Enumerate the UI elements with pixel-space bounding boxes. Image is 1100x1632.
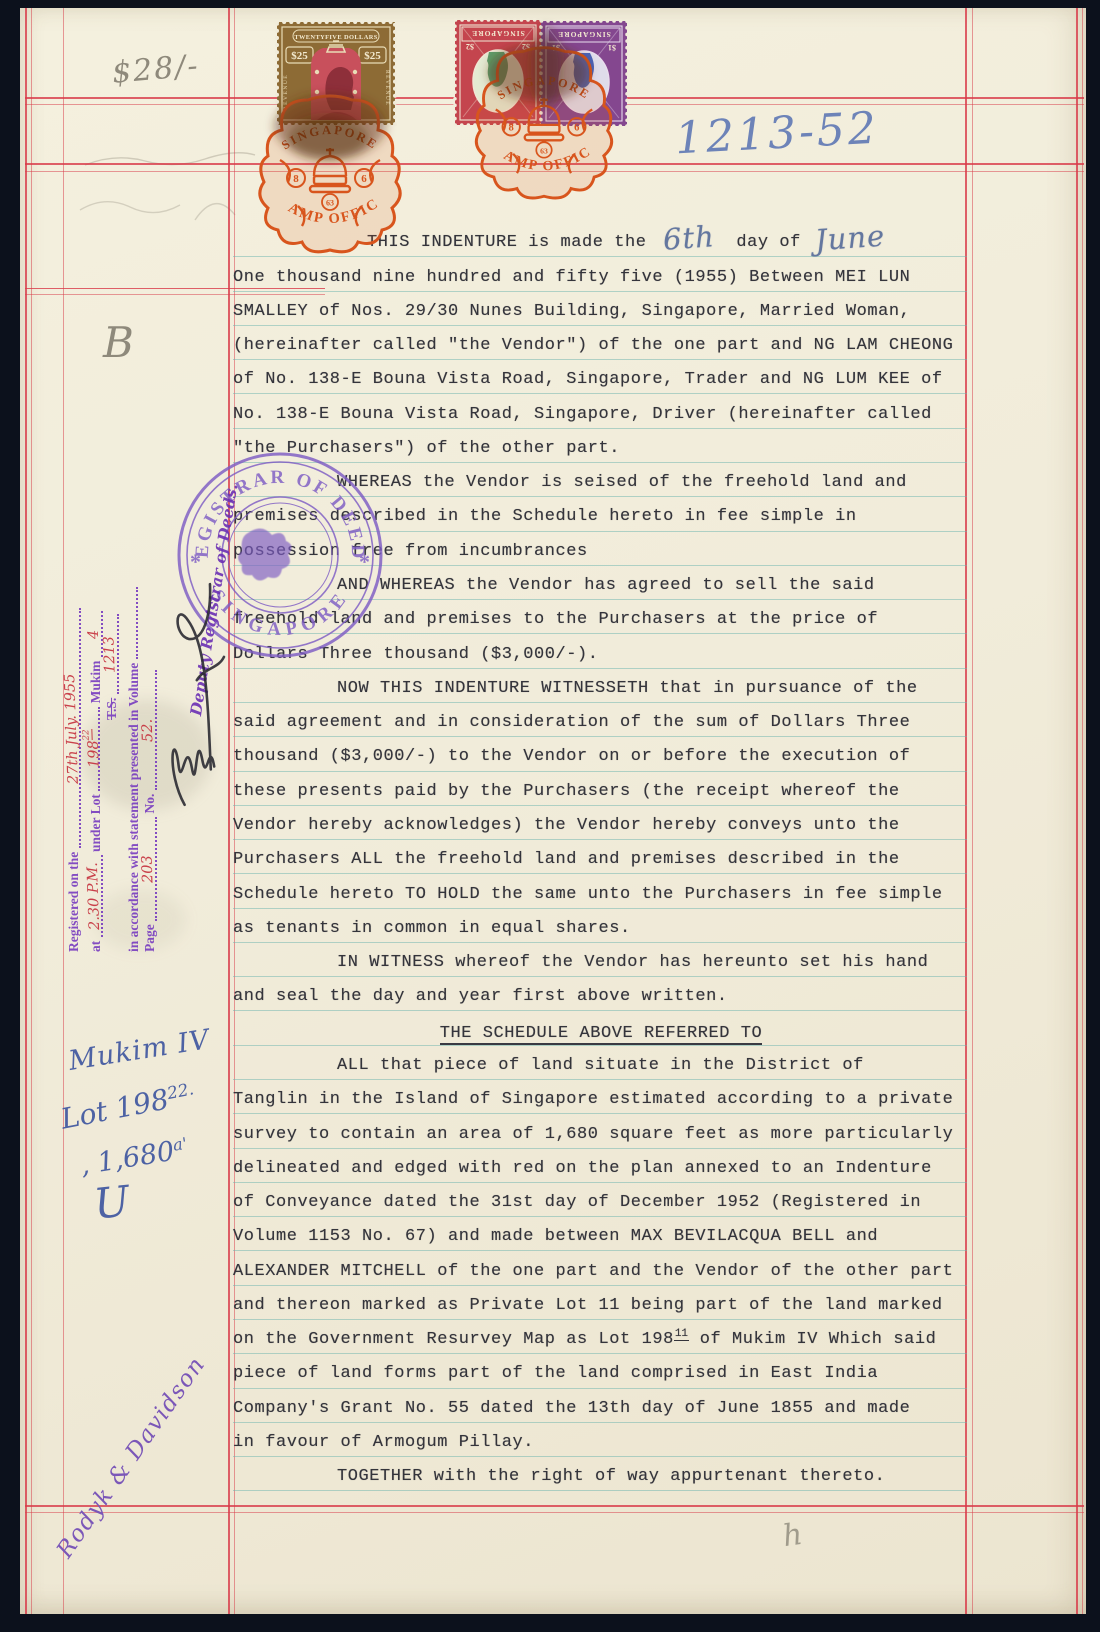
- land-note-flourish: U: [92, 1176, 132, 1228]
- typed-line: ALEXANDER MITCHELL of the one part and t…: [233, 1250, 969, 1284]
- typed-line: Tanglin in the Island of Singapore estim…: [233, 1079, 969, 1113]
- typed-line: Vendor hereby acknowledges) the Vendor h…: [233, 805, 969, 839]
- ruled-line-blue: [233, 1490, 967, 1491]
- typed-line: in favour of Armogum Pillay.: [233, 1422, 969, 1456]
- registration-ts-fill: 1213: [102, 636, 118, 673]
- ruled-line-red: [972, 8, 973, 1614]
- ruled-line-red: [31, 8, 32, 1614]
- stamp-office-cancel-right: SINGAPORE STAMP OFFICE 8 6 63: [474, 40, 614, 204]
- registration-line-3: T.S. 1213: [104, 540, 123, 952]
- seal-ink-blob: [238, 528, 292, 580]
- stamp-value-left: $25: [291, 50, 308, 62]
- handwritten-insert: 6th: [662, 223, 716, 256]
- typed-line: Volume 1153 No. 67) and made between MAX…: [233, 1216, 969, 1250]
- typed-line: THE SCHEDULE ABOVE REFERRED TO: [233, 1010, 969, 1044]
- typed-line: ALL that piece of land situate in the Di…: [233, 1045, 969, 1079]
- stamp-value-right: $25: [364, 50, 381, 62]
- cancel-left-digit: 8: [509, 123, 514, 134]
- cancel-small-digit: 63: [540, 146, 548, 155]
- typed-line: these presents paid by the Purchasers (t…: [233, 771, 969, 805]
- typed-line: survey to contain an area of 1,680 squar…: [233, 1113, 969, 1147]
- typed-line: and seal the day and year first above wr…: [233, 976, 969, 1010]
- handwritten-insert: June: [814, 222, 886, 256]
- typed-line: SMALLEY of Nos. 29/30 Nunes Building, Si…: [233, 291, 969, 325]
- typed-line: One thousand nine hundred and fifty five…: [233, 256, 969, 290]
- typed-line: and thereon marked as Private Lot 11 bei…: [233, 1285, 969, 1319]
- typed-line: No. 138-E Bouna Vista Road, Singapore, D…: [233, 393, 969, 427]
- ruled-line-red: [25, 1505, 1084, 1507]
- stamp-country: SINGAPORE: [471, 29, 525, 38]
- typed-line: Purchasers ALL the freehold land and pre…: [233, 839, 969, 873]
- ruled-line-red: [1082, 8, 1083, 1614]
- registration-date-fill: 27th July. 1955: [63, 673, 81, 784]
- registration-line-5: Page 203 No. 52.: [142, 540, 161, 952]
- typed-line: on the Government Resurvey Map as Lot 19…: [233, 1319, 969, 1353]
- registration-lot-fill: 19822: [82, 729, 102, 768]
- ruled-line-red: [1076, 8, 1078, 1614]
- typed-line: IN WITNESS whereof the Vendor has hereun…: [233, 942, 969, 976]
- typed-line: of No. 138-E Bouna Vista Road, Singapore…: [233, 359, 969, 393]
- ruled-line-red: [25, 1512, 1084, 1513]
- ruled-line-red: [25, 8, 27, 1614]
- cancel-right-digit: 6: [574, 123, 579, 134]
- typed-line: TOGETHER with the right of way appurtena…: [233, 1456, 969, 1490]
- registration-line-2: at 2.30 P.M. under Lot 19822 Mukim 4: [85, 540, 104, 952]
- ruled-line-red: [228, 8, 230, 1614]
- registration-details-stamp: Registered on the 27th July. 1955 at 2.3…: [66, 540, 162, 952]
- stamp-country: SINGAPORE: [557, 30, 611, 39]
- typed-line: of Conveyance dated the 31st day of Dece…: [233, 1182, 969, 1216]
- stamp-banner-text: TWENTYFIVE DOLLARS: [294, 34, 377, 41]
- typed-line: piece of land forms part of the land com…: [233, 1353, 969, 1387]
- seal-star-right: *: [359, 549, 370, 574]
- pencil-letter-annotation: B: [103, 318, 134, 367]
- cancel-small-digit: 63: [326, 199, 334, 208]
- stamp-value-right: $2: [466, 42, 474, 51]
- scanned-deed-page: THIS INDENTURE is made the6thday ofJuneO…: [0, 0, 1100, 1632]
- typed-line: delineated and edged with red on the pla…: [233, 1148, 969, 1182]
- typed-line: as tenants in common in equal shares.: [233, 908, 969, 942]
- typed-line: (hereinafter called "the Vendor") of the…: [233, 325, 969, 359]
- registration-mukim-fill: 4: [87, 629, 102, 639]
- registration-no-fill: 52.: [141, 718, 156, 742]
- typed-line: Company's Grant No. 55 dated the 13th da…: [233, 1388, 969, 1422]
- cancel-right-digit: 6: [361, 173, 367, 185]
- registration-time-fill: 2.30 P.M.: [86, 862, 103, 930]
- typed-line: said agreement and in consideration of t…: [233, 702, 969, 736]
- file-number-annotation: 1213-52: [674, 103, 880, 165]
- typed-line: Schedule hereto TO HOLD the same unto th…: [233, 873, 969, 907]
- typed-line: thousand ($3,000/-) to the Vendor on or …: [233, 736, 969, 770]
- typed-line: NOW THIS INDENTURE WITNESSETH that in pu…: [233, 668, 969, 702]
- stamp-office-cancel-left: SINGAPORE STAMP OFFICE 8 6 63: [258, 88, 402, 258]
- registration-line-4: in accordance with statement presented i…: [123, 540, 142, 952]
- registration-page-fill: 203: [141, 855, 156, 883]
- ruled-line-red: [63, 8, 64, 1614]
- cancel-left-digit: 8: [293, 173, 299, 185]
